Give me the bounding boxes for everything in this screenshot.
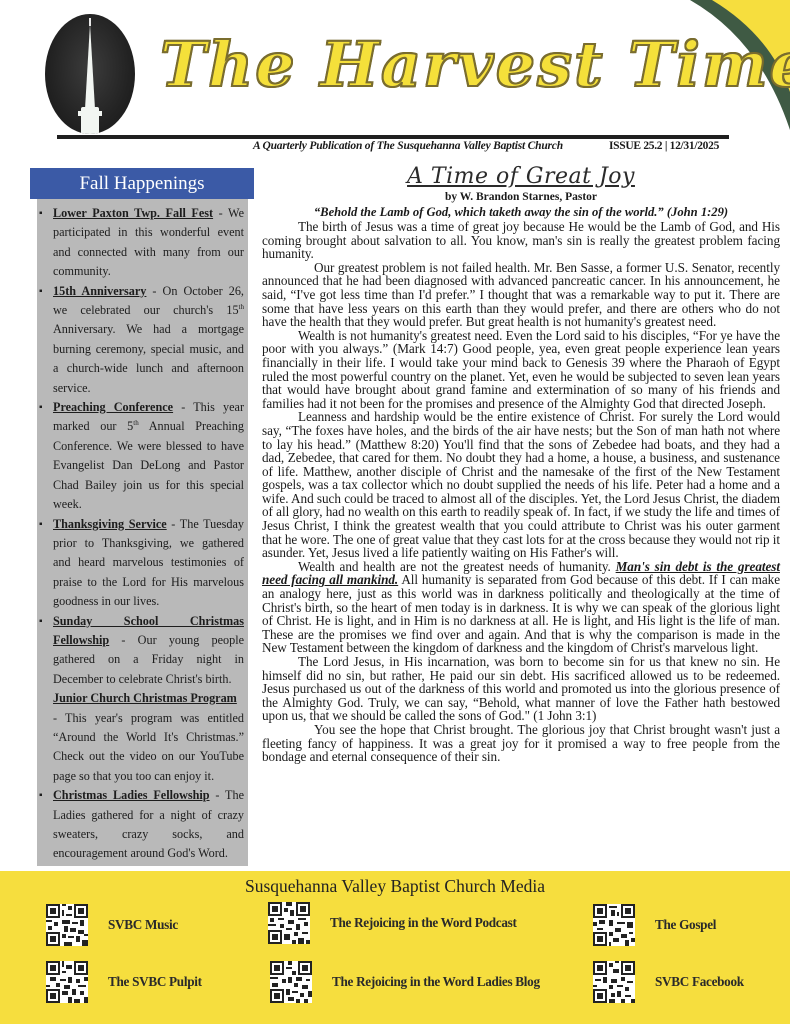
- article-paragraph: Leanness and hardship would be the entir…: [262, 410, 780, 560]
- article-epigraph: “Behold the Lamb of God, which taketh aw…: [262, 205, 780, 220]
- media-link-the-gospel[interactable]: The Gospel: [593, 904, 716, 946]
- media-link-svbc-music[interactable]: SVBC Music: [46, 904, 178, 946]
- masthead-rule: [57, 135, 729, 139]
- article-paragraph: The birth of Jesus was a time of great j…: [262, 220, 780, 261]
- item-title: Christmas Ladies Fellowship: [53, 788, 210, 802]
- list-item: ▪15th Anniversary - On October 26, we ce…: [37, 282, 248, 398]
- sidebar-title: Fall Happenings: [30, 168, 254, 199]
- bullet-icon: ▪: [39, 786, 43, 805]
- media-band: Susquehanna Valley Baptist Church Media …: [0, 871, 790, 1024]
- item-title: 15th Anniversary: [53, 284, 146, 298]
- tagline: A Quarterly Publication of The Susquehan…: [253, 140, 563, 152]
- spire-base: [81, 107, 99, 134]
- bullet-icon: ▪: [39, 612, 43, 631]
- item-text: Anniversary. We had a mortgage burning c…: [53, 322, 244, 394]
- list-item: ▪Christmas Ladies Fellowship - The Ladie…: [37, 786, 248, 864]
- issue-info: ISSUE 25.2 | 12/31/2025: [609, 140, 719, 152]
- qr-code-icon[interactable]: [46, 904, 88, 946]
- media-label[interactable]: SVBC Facebook: [655, 974, 744, 990]
- article-paragraph: You see the hope that Christ brought. Th…: [262, 723, 780, 764]
- article-paragraph: Our greatest problem is not failed healt…: [262, 261, 780, 329]
- qr-code-icon[interactable]: [593, 961, 635, 1003]
- item-subtitle: Junior Church Christmas Program: [53, 689, 244, 708]
- media-label[interactable]: SVBC Music: [108, 917, 178, 933]
- article-paragraph: The Lord Jesus, in His incarnation, was …: [262, 655, 780, 723]
- qr-code-icon[interactable]: [268, 902, 310, 944]
- bullet-icon: ▪: [39, 282, 43, 301]
- qr-code-icon[interactable]: [593, 904, 635, 946]
- media-link-svbc-pulpit[interactable]: The SVBC Pulpit: [46, 961, 202, 1003]
- media-label[interactable]: The Gospel: [655, 917, 716, 933]
- bullet-icon: ▪: [39, 515, 43, 534]
- sidebar-fall-happenings: ▪Lower Paxton Twp. Fall Fest - We partic…: [37, 199, 248, 866]
- list-item: ▪Thanksgiving Service - The Tuesday prio…: [37, 515, 248, 612]
- item-title: Thanksgiving Service: [53, 517, 167, 531]
- list-item: ▪Preaching Conference - This year marked…: [37, 398, 248, 514]
- bullet-icon: ▪: [39, 204, 43, 223]
- church-steeple-icon: [45, 14, 135, 134]
- qr-code-icon[interactable]: [270, 961, 312, 1003]
- article-time-of-great-joy: A Time of Great Joy by W. Brandon Starne…: [262, 166, 780, 764]
- masthead-title: The Harvest Times: [160, 28, 680, 101]
- media-label[interactable]: The Rejoicing in the Word Ladies Blog: [332, 974, 540, 990]
- media-link-svbc-facebook[interactable]: SVBC Facebook: [593, 961, 744, 1003]
- item-subtext: - This year's program was entitled “Arou…: [53, 711, 244, 783]
- spire: [85, 24, 95, 109]
- media-title: Susquehanna Valley Baptist Church Media: [0, 876, 790, 897]
- happenings-list: ▪Lower Paxton Twp. Fall Fest - We partic…: [37, 204, 248, 864]
- article-paragraph: Wealth and health are not the greatest n…: [262, 560, 780, 655]
- media-link-ladies-blog[interactable]: The Rejoicing in the Word Ladies Blog: [270, 961, 540, 1003]
- ordinal-suffix: th: [239, 303, 244, 311]
- article-title: A Time of Great Joy: [262, 166, 780, 188]
- media-label[interactable]: The Rejoicing in the Word Podcast: [330, 915, 517, 931]
- article-paragraph: Wealth is not humanity's greatest need. …: [262, 329, 780, 411]
- media-label[interactable]: The SVBC Pulpit: [108, 974, 202, 990]
- media-link-podcast[interactable]: The Rejoicing in the Word Podcast: [268, 902, 517, 944]
- list-item: ▪Sunday School Christmas Fellowship - Ou…: [37, 612, 248, 787]
- bullet-icon: ▪: [39, 398, 43, 417]
- item-title: Preaching Conference: [53, 400, 173, 414]
- item-title: Lower Paxton Twp. Fall Fest: [53, 206, 213, 220]
- article-byline: by W. Brandon Starnes, Pastor: [262, 190, 780, 204]
- list-item: ▪Lower Paxton Twp. Fall Fest - We partic…: [37, 204, 248, 282]
- qr-code-icon[interactable]: [46, 961, 88, 1003]
